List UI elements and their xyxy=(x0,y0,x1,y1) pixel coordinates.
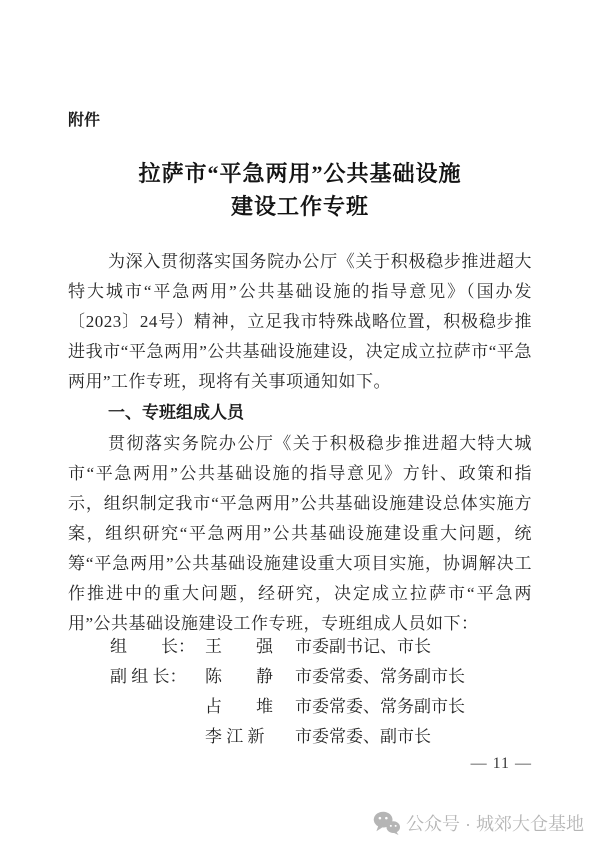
section-paragraph: 贯彻落实务院办公厅《关于积极稳步推进超大特大城市“平急两用”公共基础设施的指导意… xyxy=(68,429,532,639)
personnel-list: 组 长： 王 强 市委副书记、市长 副 组 长： 陈 静 市委常委、常务副市长 … xyxy=(110,632,540,752)
page-number: — 11 — xyxy=(471,755,532,773)
document-title-line1: 拉萨市“平急两用”公共基础设施 xyxy=(0,157,600,190)
wechat-icon xyxy=(373,811,400,835)
intro-paragraph: 为深入贯彻落实国务院办公厅《关于积极稳步推进超大特大城市“平急两用”公共基础设施… xyxy=(68,247,532,397)
person-name: 王 强 xyxy=(205,632,295,662)
attachment-label: 附件 xyxy=(68,107,100,130)
document-page: 附件 拉萨市“平急两用”公共基础设施 建设工作专班 为深入贯彻落实国务院办公厅《… xyxy=(0,0,600,850)
wechat-watermark-label: 公众号 · 城郊大仓基地 xyxy=(406,810,584,836)
personnel-row: 组 长： 王 强 市委副书记、市长 xyxy=(110,632,540,662)
wechat-watermark: 公众号 · 城郊大仓基地 xyxy=(373,810,584,836)
personnel-row: 副 组 长： 陈 静 市委常委、常务副市长 xyxy=(110,662,540,692)
personnel-row: 李 江 新 市委常委、副市长 xyxy=(110,722,540,752)
personnel-row: 占 堆 市委常委、常务副市长 xyxy=(110,692,540,722)
section-heading: 一、专班组成人员 xyxy=(68,401,532,425)
person-role: 副 组 长： xyxy=(110,662,205,692)
person-name: 李 江 新 xyxy=(205,722,295,752)
person-title: 市委常委、常务副市长 xyxy=(295,692,540,722)
person-role xyxy=(110,692,205,722)
document-title-line2: 建设工作专班 xyxy=(0,190,600,223)
person-name: 占 堆 xyxy=(205,692,295,722)
document-title: 拉萨市“平急两用”公共基础设施 建设工作专班 xyxy=(0,157,600,223)
person-title: 市委常委、常务副市长 xyxy=(295,662,540,692)
person-role xyxy=(110,722,205,752)
person-title: 市委常委、副市长 xyxy=(295,722,540,752)
person-role: 组 长： xyxy=(110,632,205,662)
person-title: 市委副书记、市长 xyxy=(295,632,540,662)
person-name: 陈 静 xyxy=(205,662,295,692)
